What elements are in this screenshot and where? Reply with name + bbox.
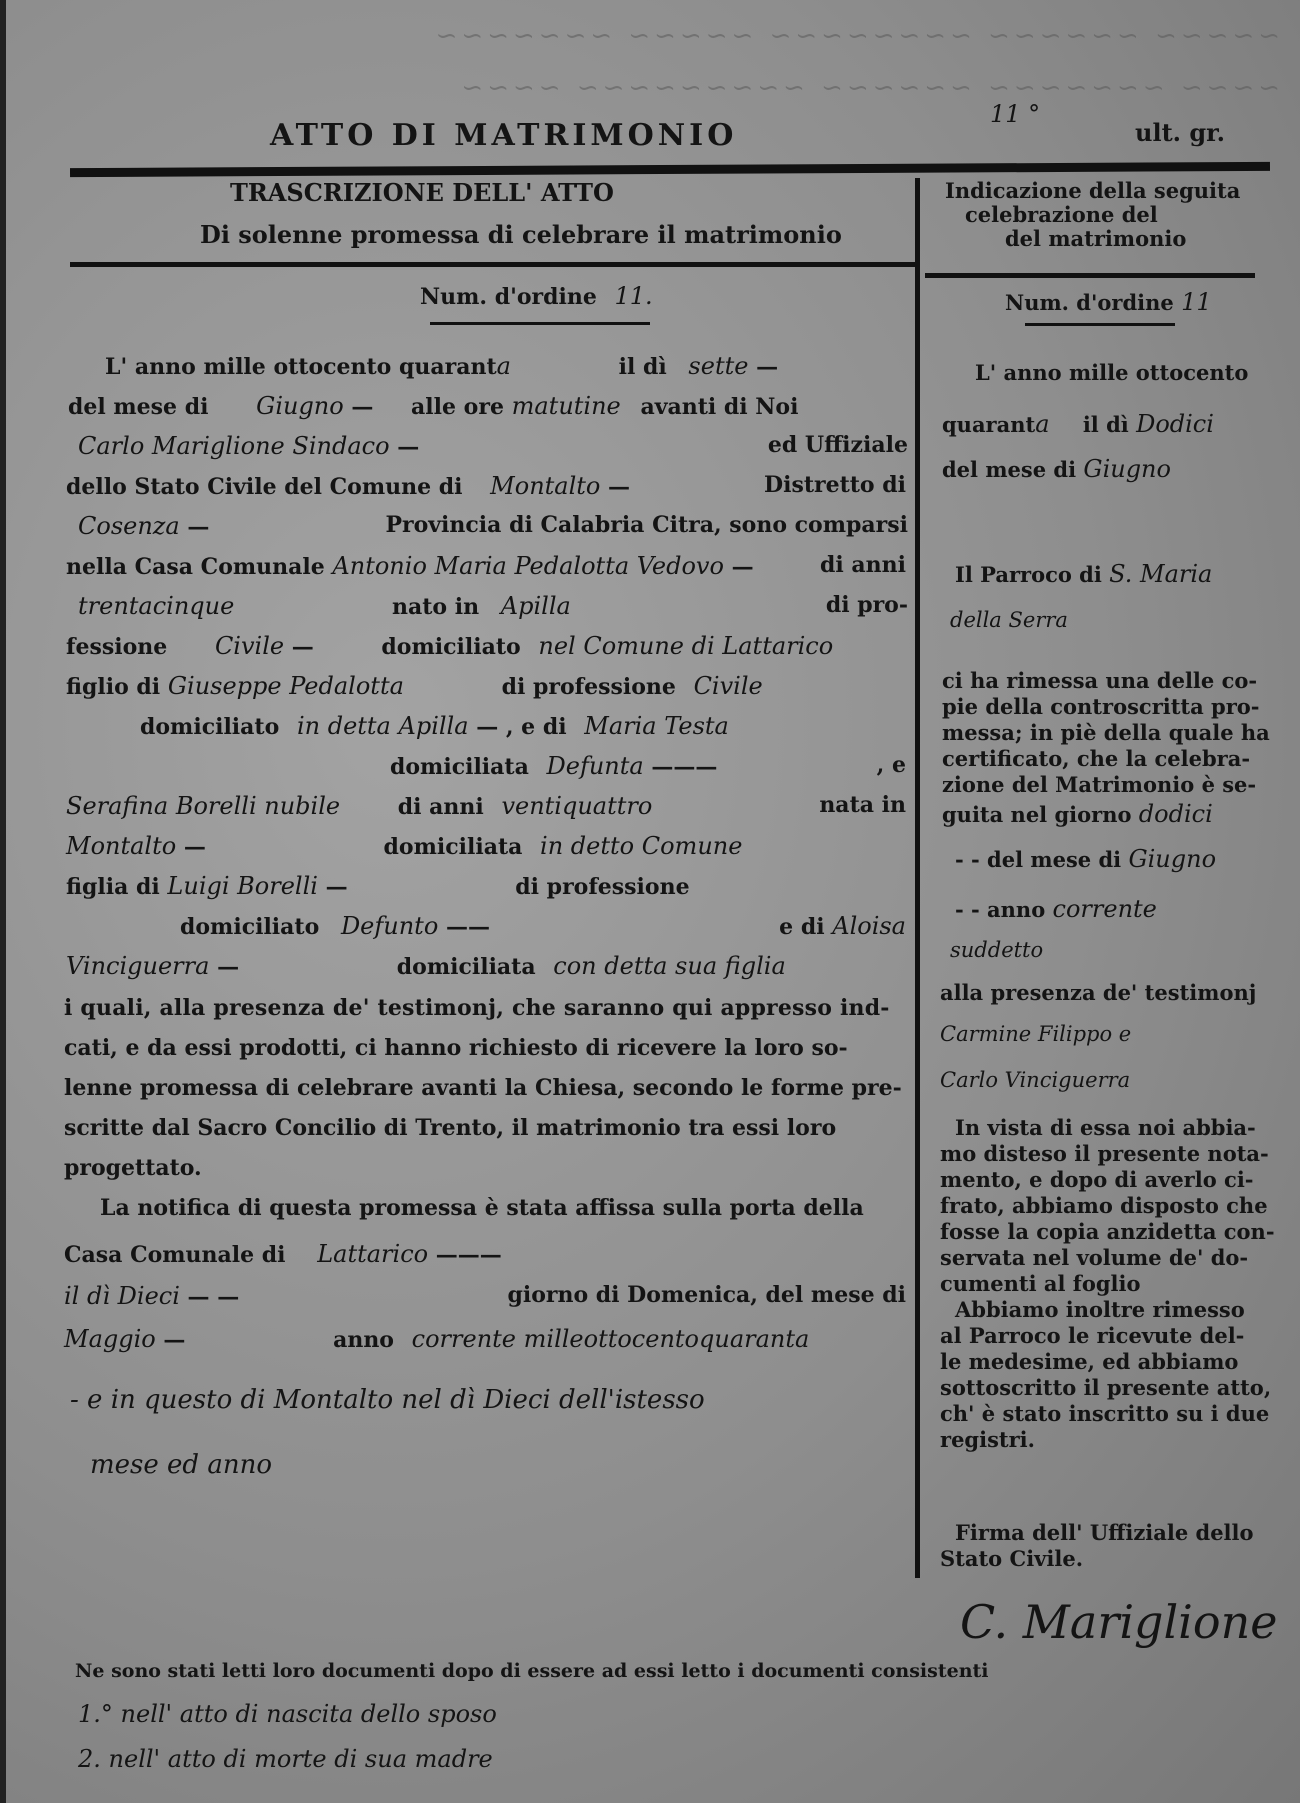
printed-text: domiciliata: [397, 954, 536, 980]
handwritten-text: corrente milleottocentoquaranta: [412, 1325, 810, 1353]
testimone-1: Carmine Filippo e: [940, 1022, 1131, 1046]
printed-text: il dì: [619, 354, 667, 380]
order-underline: [430, 322, 650, 325]
handwritten-text: in detta Apilla: [297, 712, 469, 740]
handwritten-text: Carlo Mariglione Sindaco: [78, 432, 390, 460]
printed-text: giorno di Domenica, del mese di: [507, 1282, 906, 1308]
printed-text: il dì: [1083, 412, 1129, 437]
firma-line: Stato Civile.: [940, 1546, 1083, 1571]
handwritten-text: Apilla: [501, 592, 571, 620]
closing-line: Abbiamo inoltre rimesso: [955, 1297, 1245, 1322]
handwritten-text: Giugno: [256, 392, 344, 420]
order-number-label: Num. d'ordine: [1005, 290, 1174, 315]
form-line: Montalto — domiciliata in detto Comune: [66, 832, 742, 860]
printed-text: di pro-: [826, 592, 908, 618]
handwritten-text: Civile: [215, 632, 284, 660]
date-line: del mese di Giugno: [942, 455, 1171, 483]
printed-text: fessione: [66, 634, 167, 660]
closing-line: mo disteso il presente nota-: [940, 1141, 1269, 1166]
parroco-hand: della Serra: [950, 608, 1068, 632]
printed-text: alle ore: [411, 394, 504, 420]
form-line: trentacinque nato in Apilla di pro-: [78, 592, 908, 620]
form-line: nella Casa Comunale Antonio Maria Pedalo…: [66, 552, 906, 580]
right-heading: celebrazione del: [965, 202, 1158, 227]
body-line: messa; in piè della quale ha: [942, 720, 1270, 745]
mese-line: - - del mese di Giugno: [955, 845, 1216, 873]
printed-text: avanti di Noi: [640, 394, 798, 420]
official-signature: C. Mariglione: [960, 1595, 1277, 1649]
handwritten-text: matutine: [512, 392, 621, 420]
printed-text: domiciliata: [384, 834, 523, 860]
date-line: L' anno mille ottocento: [975, 360, 1248, 385]
closing-line: le medesime, ed abbiamo: [940, 1349, 1238, 1374]
printed-text: ed Uffiziale: [768, 432, 908, 458]
handwritten-text: dodici: [1139, 800, 1213, 828]
form-line: figlio di Giuseppe Pedalotta di professi…: [66, 672, 763, 700]
printed-text: di professione: [502, 674, 676, 700]
handwritten-text: Serafina Borelli nubile: [66, 792, 340, 820]
printed-text: del mese di: [68, 394, 208, 420]
printed-text: del mese di: [942, 457, 1076, 482]
printed-text: nata in: [819, 792, 906, 818]
handwritten-text: corrente: [1053, 895, 1157, 923]
form-line: il dì Dieci — — giorno di Domenica, del …: [64, 1282, 906, 1310]
right-order-underline: [1025, 323, 1175, 326]
handwritten-text: trentacinque: [78, 592, 234, 620]
printed-text: nella Casa Comunale: [66, 554, 325, 580]
form-line: domiciliato Defunto —— e di Aloisa: [180, 912, 906, 940]
form-line: Serafina Borelli nubile di anni ventiqua…: [66, 792, 906, 820]
printed-text: nato in: [392, 594, 479, 620]
printed-text: Il Parroco di: [955, 562, 1102, 587]
printed-text: - - anno: [955, 897, 1045, 922]
body-line: La notifica di questa promessa è stata a…: [100, 1195, 864, 1221]
printed-text: domiciliata: [390, 754, 529, 780]
printed-text: Provincia di Calabria Citra, sono compar…: [385, 512, 908, 538]
closing-line: registri.: [940, 1427, 1035, 1452]
handwritten-line: mese ed anno: [90, 1450, 272, 1480]
order-number: 11: [1181, 288, 1212, 316]
handwritten-text: Defunto: [341, 912, 438, 940]
left-heading-1: TRASCRIZIONE DELL' ATTO: [230, 178, 614, 207]
page-edge: [0, 0, 6, 1803]
form-line: domiciliato in detta Apilla — , e di Mar…: [140, 712, 729, 740]
handwritten-text: Luigi Borelli: [167, 872, 318, 900]
printed-text: Casa Comunale di: [64, 1242, 286, 1268]
printed-text: figlia di: [66, 874, 160, 900]
handwritten-text: a: [497, 352, 511, 380]
firma-line: Firma dell' Uffiziale dello: [955, 1520, 1254, 1545]
record-number: 11 °: [990, 100, 1040, 128]
handwritten-text: in detto Comune: [540, 832, 742, 860]
bleed-through-text: ~~~~~ ~~~~~~ ~~~~~~~~ ~~~~~ ~~~~~~~~~~~ …: [20, 10, 1280, 120]
date-line: quaranta il dì Dodici: [942, 410, 1214, 438]
form-line: fessione Civile — domiciliato nel Comune…: [66, 632, 833, 660]
closing-line: mento, e dopo di averlo ci-: [940, 1167, 1254, 1192]
left-heading-2: Di solenne promessa di celebrare il matr…: [200, 220, 842, 249]
printed-text: Distretto di: [764, 472, 906, 498]
printed-text: domiciliato: [381, 634, 520, 660]
closing-line: frato, abbiamo disposto che: [940, 1193, 1268, 1218]
handwritten-text: con detta sua figlia: [553, 952, 786, 980]
right-heading: del matrimonio: [1005, 226, 1186, 251]
handwritten-text: Maggio: [64, 1325, 156, 1353]
column-divider: [915, 178, 920, 1578]
header-right-label: ult. gr.: [1135, 118, 1225, 147]
printed-text: guita nel giorno: [942, 802, 1131, 827]
closing-line: servata nel volume de' do-: [940, 1245, 1248, 1270]
form-line: del mese di Giugno — alle ore matutine a…: [68, 392, 798, 420]
right-order-line: Num. d'ordine 11: [1005, 288, 1212, 316]
body-line: zione del Matrimonio è se-: [942, 772, 1256, 797]
parroco-line: Il Parroco di S. Maria: [955, 560, 1212, 588]
body-line: ci ha rimessa una delle co-: [942, 668, 1257, 693]
printed-text: , e: [877, 752, 906, 778]
handwritten-text: Vinciguerra: [66, 952, 209, 980]
handwritten-text: Antonio Maria Pedalotta Vedovo: [332, 552, 724, 580]
testimone-2: Carlo Vinciguerra: [940, 1068, 1130, 1092]
handwritten-text: Giuseppe Pedalotta: [168, 672, 404, 700]
document-title: ATTO DI MATRIMONIO: [270, 118, 737, 153]
body-line: cati, e da essi prodotti, ci hanno richi…: [64, 1035, 848, 1061]
testimoni-label: alla presenza de' testimonj: [940, 980, 1256, 1005]
closing-line: al Parroco le ricevute del-: [940, 1323, 1244, 1348]
handwritten-text: Dodici: [1136, 410, 1214, 438]
body-line: lenne promessa di celebrare avanti la Ch…: [64, 1075, 902, 1101]
handwritten-text: Aloisa: [832, 912, 906, 940]
anno-line: - - anno corrente: [955, 895, 1157, 923]
footer-hand-1: 1.° nell' atto di nascita dello sposo: [78, 1700, 497, 1728]
scanned-page: ~~~~~ ~~~~~~ ~~~~~~~~ ~~~~~ ~~~~~~~~~~~ …: [0, 0, 1300, 1803]
handwritten-line: - e in questo di Montalto nel dì Dieci d…: [70, 1385, 705, 1415]
order-number: 11.: [615, 282, 653, 310]
form-line: L' anno mille ottocento quaranta il dì s…: [105, 352, 778, 380]
closing-line: fosse la copia anzidetta con-: [940, 1219, 1275, 1244]
handwritten-text: Montalto: [66, 832, 176, 860]
handwritten-text: Montalto: [490, 472, 600, 500]
handwritten-text: Civile: [694, 672, 763, 700]
left-heading-rule: [70, 262, 915, 267]
closing-line: cumenti al foglio: [940, 1271, 1140, 1296]
footer-printed: Ne sono stati letti loro documenti dopo …: [75, 1660, 989, 1682]
printed-text: domiciliato: [140, 714, 279, 740]
handwritten-text: il dì Dieci: [64, 1282, 180, 1310]
right-heading-rule: [925, 273, 1255, 278]
form-line: domiciliata Defunta ——— , e: [270, 752, 906, 780]
body-line: i quali, alla presenza de' testimonj, ch…: [64, 995, 890, 1021]
handwritten-text: nel Comune di Lattarico: [538, 632, 833, 660]
form-line: Maggio — anno corrente milleottocentoqua…: [64, 1325, 809, 1353]
printed-text: anno: [333, 1327, 394, 1353]
closing-line: sottoscritto il presente atto,: [940, 1375, 1271, 1400]
handwritten-text: Lattarico: [317, 1240, 428, 1268]
closing-line: ch' è stato inscritto su i due: [940, 1401, 1269, 1426]
body-line: pie della controscritta pro-: [942, 694, 1260, 719]
giorno-line: guita nel giorno dodici: [942, 800, 1213, 828]
form-line: Casa Comunale di Lattarico ———: [64, 1240, 502, 1268]
handwritten-text: Giugno: [1083, 455, 1171, 483]
anno-hand-2: suddetto: [950, 938, 1043, 962]
body-line: progettato.: [64, 1155, 202, 1181]
body-line: scritte dal Sacro Concilio di Trento, il…: [64, 1115, 836, 1141]
form-line: Carlo Mariglione Sindaco — ed Uffiziale: [78, 432, 908, 460]
printed-text: , e di: [506, 714, 567, 740]
handwritten-text: Giugno: [1128, 845, 1216, 873]
order-number-label: Num. d'ordine: [420, 284, 597, 310]
closing-line: In vista di essa noi abbia-: [955, 1115, 1256, 1140]
handwritten-text: a: [1035, 410, 1049, 438]
printed-text: di professione: [515, 874, 689, 900]
printed-text: quarant: [942, 412, 1035, 437]
printed-text: dello Stato Civile del Comune di: [66, 474, 463, 500]
order-number-line: Num. d'ordine 11.: [420, 282, 653, 310]
form-line: dello Stato Civile del Comune di Montalt…: [66, 472, 906, 500]
printed-text: di anni: [398, 794, 484, 820]
handwritten-text: Maria Testa: [584, 712, 729, 740]
form-line: Cosenza — Provincia di Calabria Citra, s…: [78, 512, 908, 540]
printed-text: di anni: [820, 552, 906, 578]
form-line: figlia di Luigi Borelli — di professione: [66, 872, 690, 900]
handwritten-text: sette: [688, 352, 748, 380]
printed-text: domiciliato: [180, 914, 319, 940]
printed-text: L' anno mille ottocento quarant: [105, 354, 497, 380]
handwritten-text: ventiquattro: [501, 792, 652, 820]
body-line: certificato, che la celebra-: [942, 746, 1250, 771]
handwritten-text: Cosenza: [78, 512, 180, 540]
header-rule: [70, 162, 1270, 177]
printed-text: e di: [779, 914, 824, 940]
printed-text: - - del mese di: [955, 847, 1121, 872]
form-line: Vinciguerra — domiciliata con detta sua …: [66, 952, 786, 980]
handwritten-text: S. Maria: [1109, 560, 1212, 588]
right-heading: Indicazione della seguita: [945, 178, 1240, 203]
footer-hand-2: 2. nell' atto di morte di sua madre: [78, 1745, 493, 1773]
printed-text: figlio di: [66, 674, 160, 700]
handwritten-text: Defunta: [547, 752, 644, 780]
